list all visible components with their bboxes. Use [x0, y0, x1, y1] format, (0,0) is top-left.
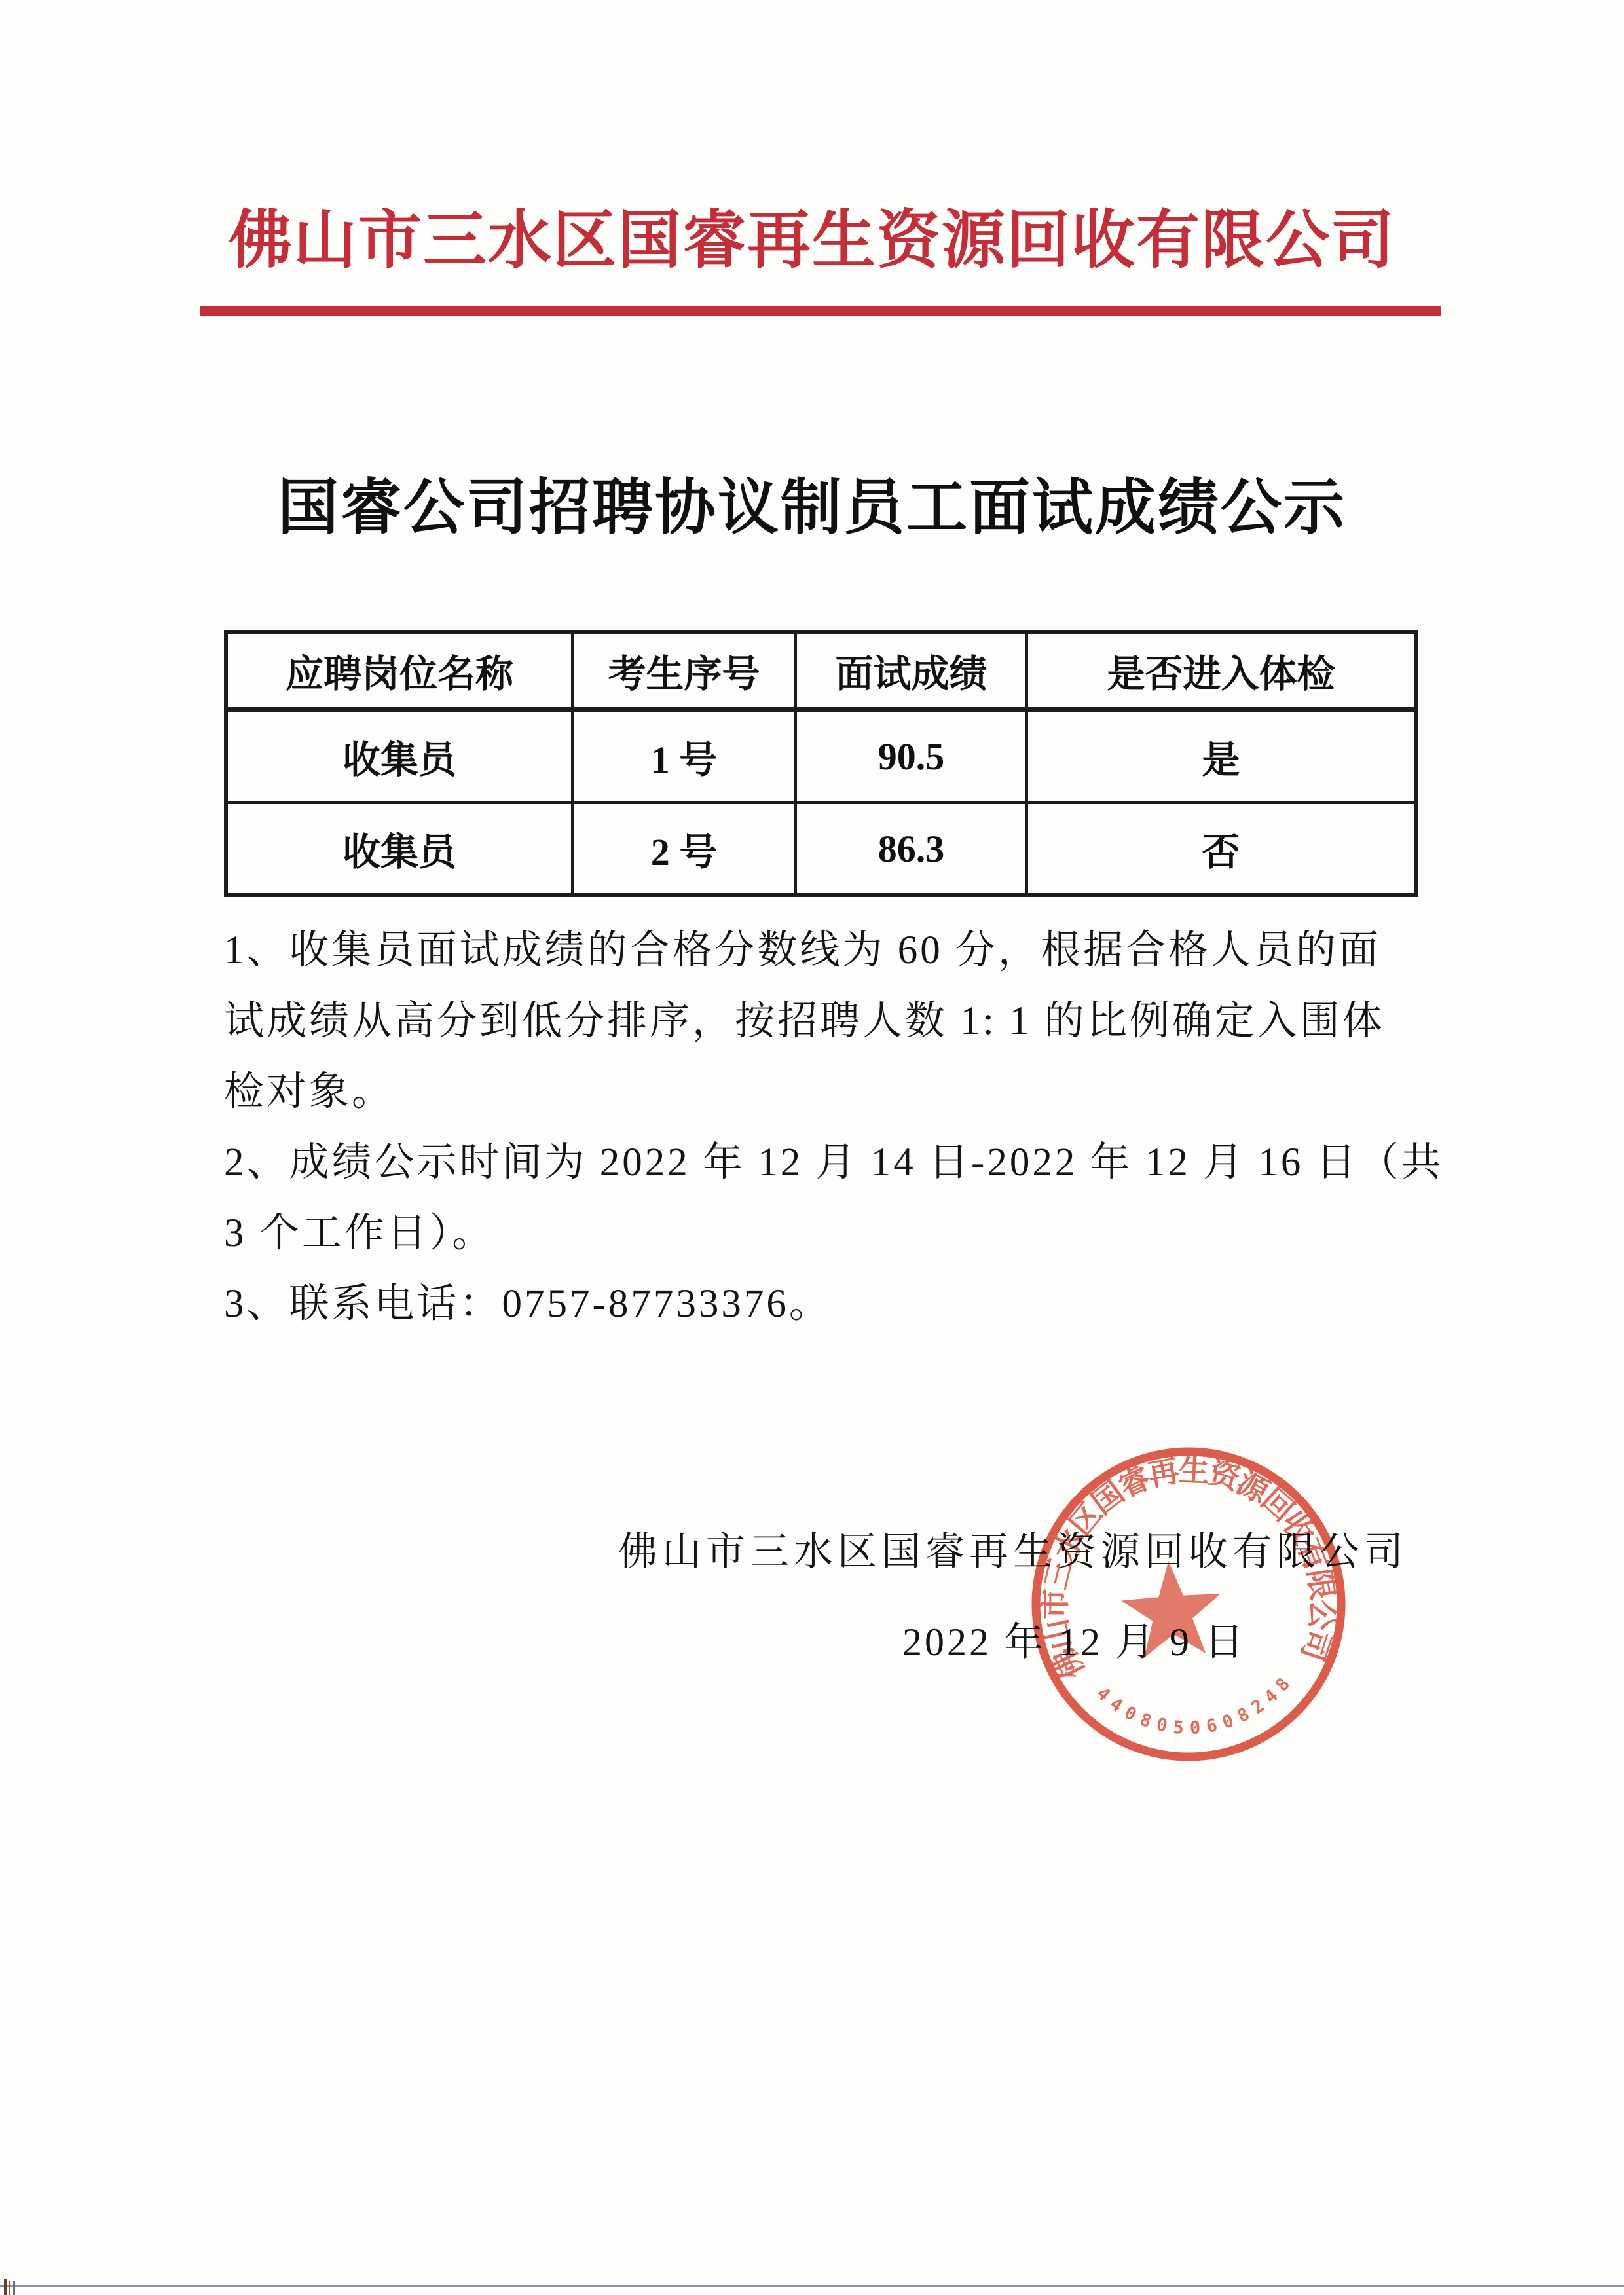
note-passing-line: 1、收集员面试成绩的合格分数线为 60 分，根据合格人员的面 试成绩从高分到低分… — [224, 915, 1450, 1128]
note-contact-phone: 3、联系电话：0757-87733376。 — [224, 1269, 1450, 1340]
letterhead-company-title: 佛山市三水区国睿再生资源回收有限公司 — [0, 189, 1624, 280]
table-row: 收集员 2 号 86.3 否 — [226, 803, 1416, 896]
cell-position: 收集员 — [226, 803, 572, 896]
scan-artifact — [4, 2279, 7, 2295]
scan-artifact — [13, 2281, 15, 2295]
table-row: 收集员 1 号 90.5 是 — [226, 710, 1416, 803]
cell-candidate: 2 号 — [572, 803, 796, 896]
page-title: 国睿公司招聘协议制员工面试成绩公示 — [0, 458, 1624, 546]
letterhead-rule — [200, 306, 1441, 316]
cell-score: 86.3 — [796, 803, 1027, 896]
document-page: 佛山市三水区国睿再生资源回收有限公司 国睿公司招聘协议制员工面试成绩公示 应聘岗… — [0, 0, 1624, 2295]
col-header-candidate: 考生序号 — [572, 632, 796, 710]
col-header-position: 应聘岗位名称 — [226, 632, 572, 710]
cell-position: 收集员 — [226, 710, 572, 803]
cell-physical: 是 — [1027, 710, 1416, 803]
scan-edge-line — [0, 2285, 1624, 2287]
note-publicity-time: 2、成绩公示时间为 2022 年 12 月 14 日-2022 年 12 月 1… — [224, 1128, 1450, 1269]
col-header-score: 面试成绩 — [796, 632, 1027, 710]
seal-arc-company-text: 佛山市三水区国睿再生资源回收有限公司 — [1027, 1443, 1344, 1685]
scan-artifact — [9, 2281, 10, 2295]
company-seal: 佛山市三水区国睿再生资源回收有限公司 4408050608248 — [995, 1414, 1388, 1807]
cell-score: 90.5 — [796, 710, 1027, 803]
cell-candidate: 1 号 — [572, 710, 796, 803]
table-header-row: 应聘岗位名称 考生序号 面试成绩 是否进入体检 — [226, 632, 1416, 710]
notes-section: 1、收集员面试成绩的合格分数线为 60 分，根据合格人员的面 试成绩从高分到低分… — [224, 915, 1450, 1340]
results-table: 应聘岗位名称 考生序号 面试成绩 是否进入体检 收集员 1 号 90.5 是 收… — [224, 630, 1418, 897]
seal-star-icon — [1118, 1558, 1225, 1659]
cell-physical: 否 — [1027, 803, 1416, 896]
col-header-physical: 是否进入体检 — [1027, 632, 1416, 710]
